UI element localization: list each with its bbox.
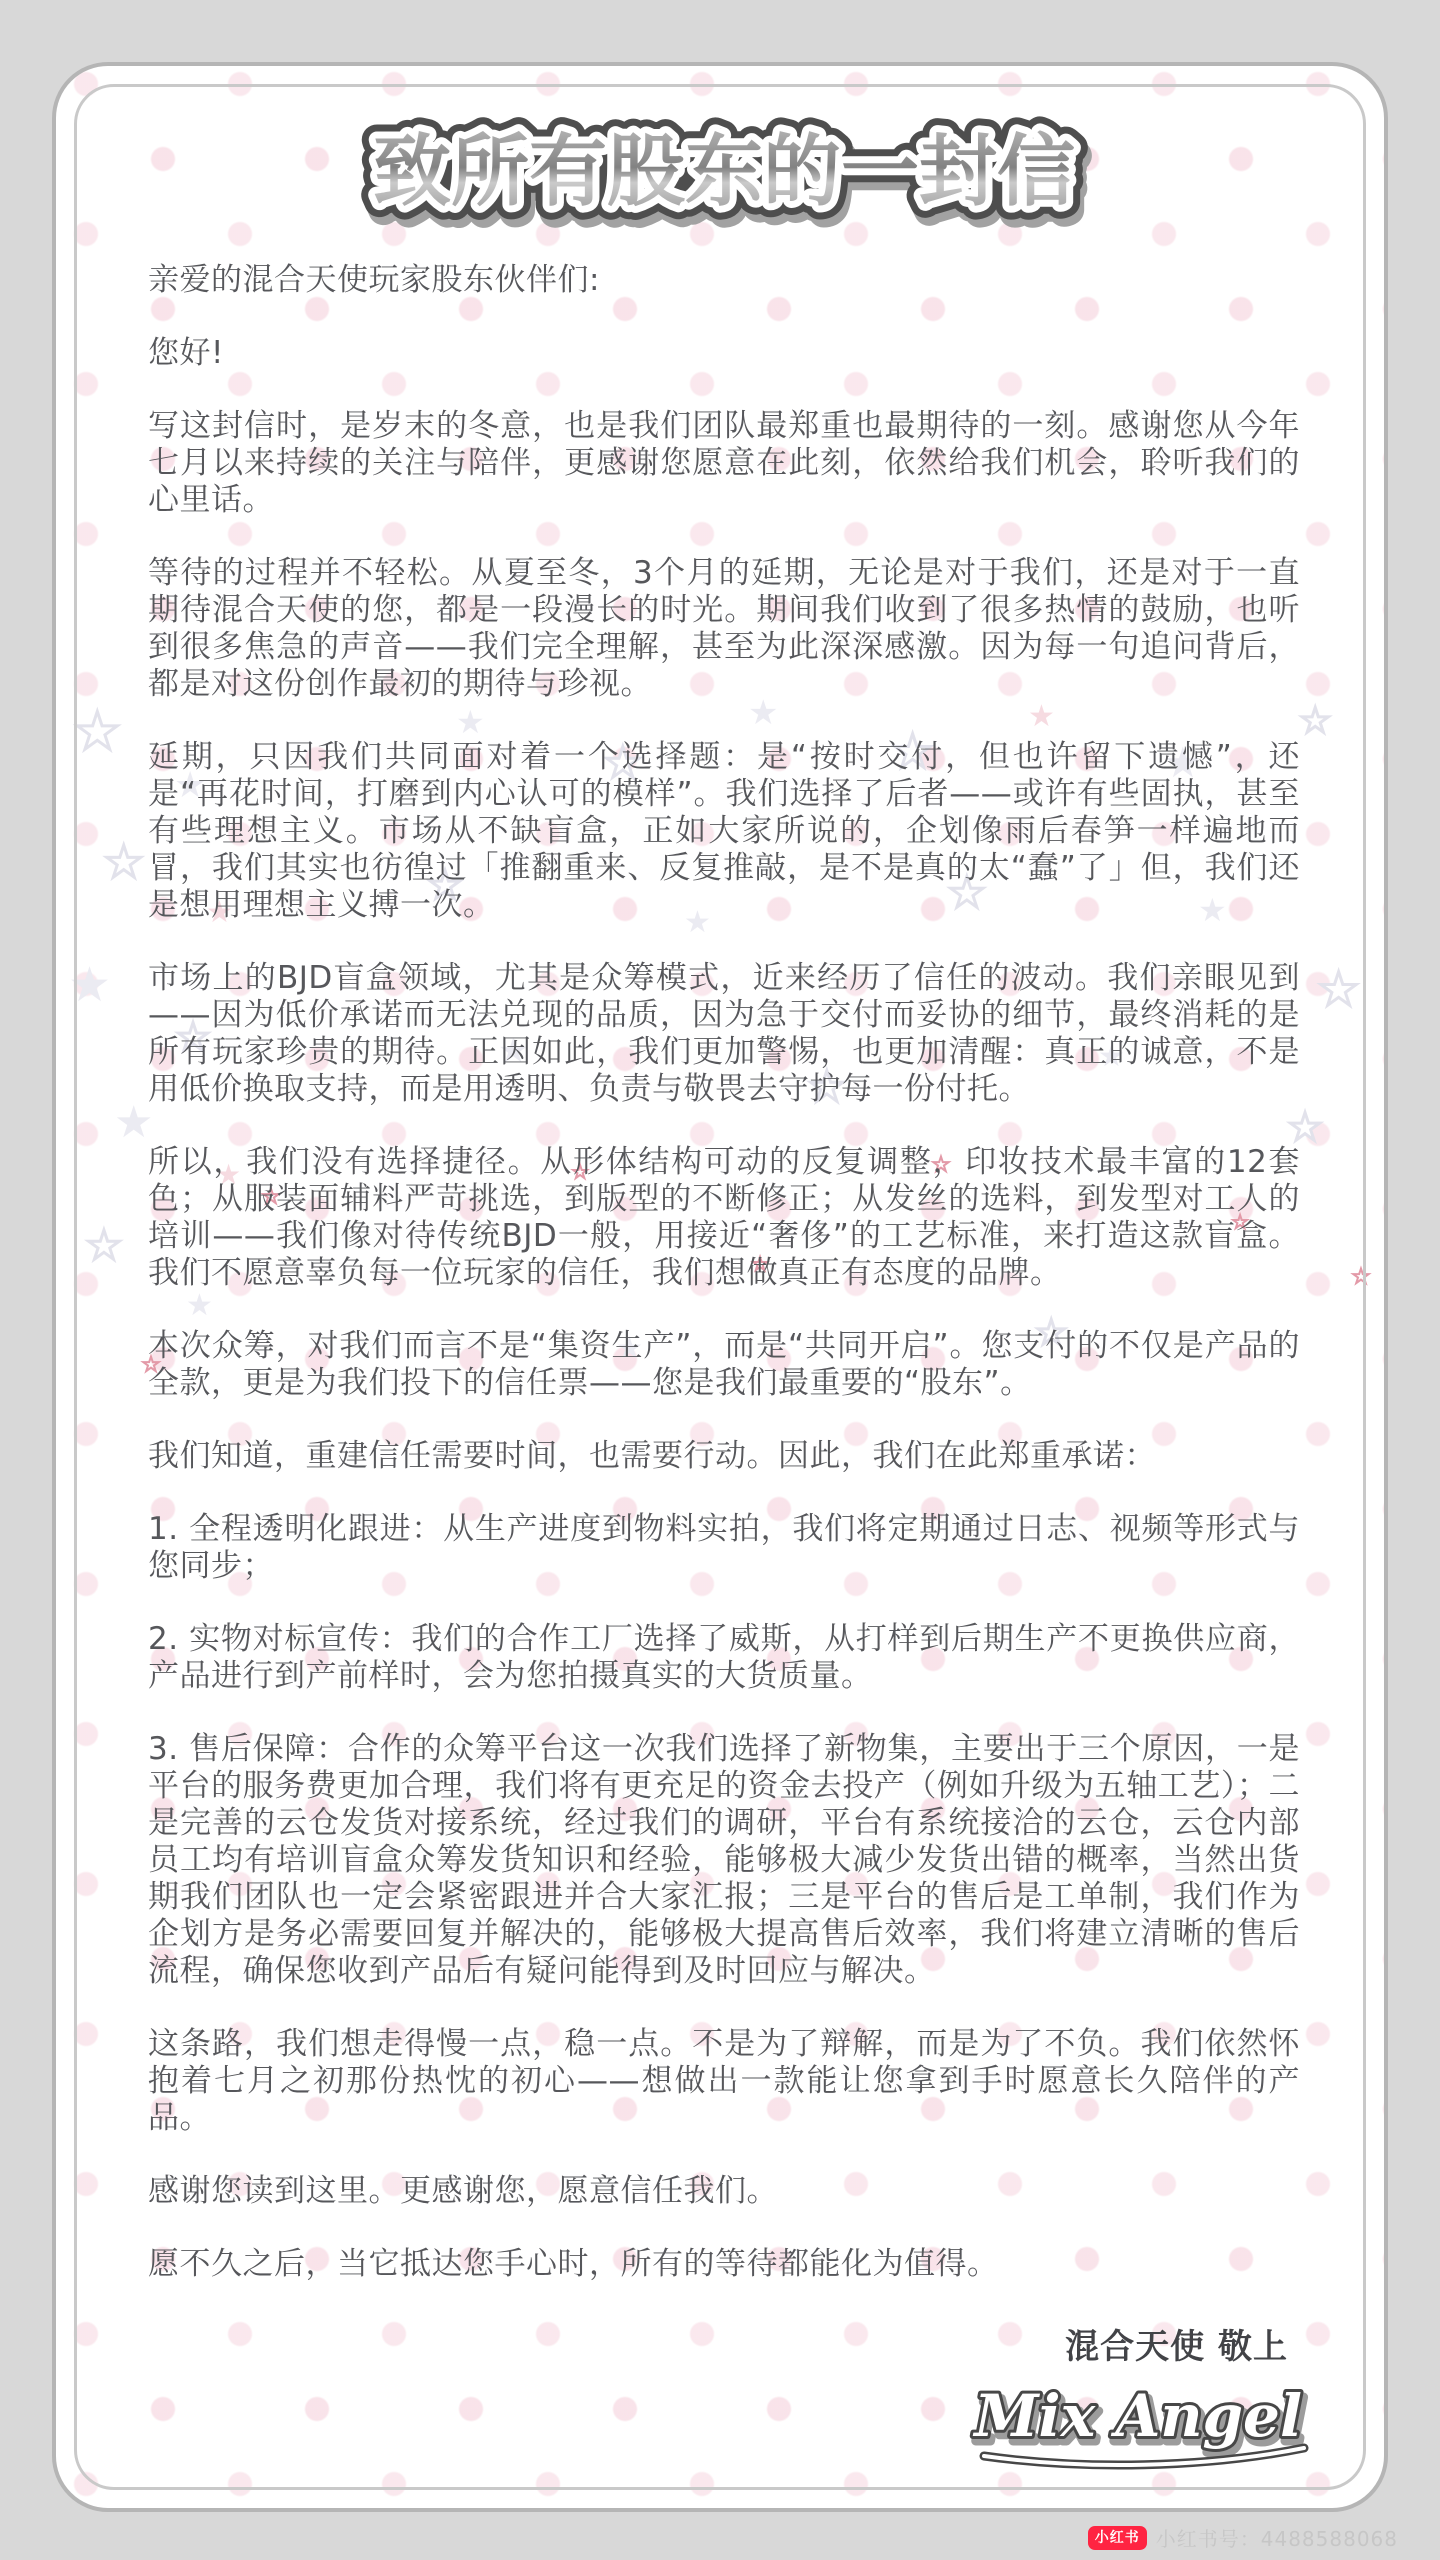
letter-paragraphs: 写这封信时，是岁末的冬意，也是我们团队最郑重也最期待的一刻。感谢您从今年七月以来… (148, 408, 1300, 2283)
letter-paragraph: 愿不久之后，当它抵达您手心时，所有的等待都能化为值得。 (148, 2246, 1300, 2283)
letter-paragraph: 等待的过程并不轻松。从夏至冬，3个月的延期，无论是对于我们，还是对于一直期待混合… (148, 555, 1300, 703)
letter-paragraph: 2. 实物对标宣传：我们的合作工厂选择了威斯，从打样到后期生产不更换供应商，产品… (148, 1621, 1300, 1695)
brand-script-art: Mix Angel Mix Angel (954, 2370, 1314, 2474)
letter-paragraph: 我们知道，重建信任需要时间，也需要行动。因此，我们在此郑重承诺： (148, 1438, 1300, 1475)
letter-paragraph: 写这封信时，是岁末的冬意，也是我们团队最郑重也最期待的一刻。感谢您从今年七月以来… (148, 408, 1300, 519)
letter-paragraph: 本次众筹，对我们而言不是“集资生产”，而是“共同开启”。您支付的不仅是产品的全款… (148, 1328, 1300, 1402)
letter-paragraph: 3. 售后保障：合作的众筹平台这一次我们选择了新物集，主要出于三个原因，一是平台… (148, 1731, 1300, 1990)
brand-logo-block: Mix Angel Mix Angel (56, 2370, 1384, 2478)
letter-paragraph: 1. 全程透明化跟进：从生产进度到物料实拍，我们将定期通过日志、视频等形式与您同… (148, 1511, 1300, 1585)
page-background: { "letter": { "title": "致所有股东的一封信", "sal… (0, 0, 1440, 2560)
letter-paragraph: 市场上的BJD盲盒领域，尤其是众筹模式，近来经历了信任的波动。我们亲眼见到——因… (148, 960, 1300, 1108)
xiaohongshu-watermark: 小红书 小红书号：4488588068 (1088, 2523, 1398, 2552)
letter-card: 致所有股东的一封信 致所有股东的一封信 致所有股东的一封信 致所有股东的一封信 … (52, 62, 1388, 2512)
title-art: 致所有股东的一封信 致所有股东的一封信 致所有股东的一封信 致所有股东的一封信 (56, 88, 1388, 256)
letter-paragraph: 这条路，我们想走得慢一点，稳一点。不是为了辩解，而是为了不负。我们依然怀抱着七月… (148, 2026, 1300, 2137)
letter-paragraph: 感谢您读到这里。更感谢您，愿意信任我们。 (148, 2173, 1300, 2210)
xiaohongshu-account-id: 小红书号：4488588068 (1156, 2523, 1398, 2552)
brand-script: Mix Angel (972, 2382, 1302, 2450)
letter-salutation: 亲爱的混合天使玩家股东伙伴们: (148, 262, 1300, 299)
letter-greeting: 您好! (148, 335, 1300, 372)
page-title: 致所有股东的一封信 (373, 127, 1075, 217)
xiaohongshu-logo-icon: 小红书 (1088, 2526, 1147, 2550)
signature-line: 混合天使 敬上 (56, 2319, 1384, 2368)
letter-paragraph: 所以，我们没有选择捷径。从形体结构可动的反复调整，印妆技术最丰富的12套色；从服… (148, 1144, 1300, 1292)
letter-body: 亲爱的混合天使玩家股东伙伴们: 您好! 写这封信时，是岁末的冬意，也是我们团队最… (56, 256, 1384, 2283)
page-title-block: 致所有股东的一封信 致所有股东的一封信 致所有股东的一封信 致所有股东的一封信 (56, 88, 1384, 256)
letter-paragraph: 延期，只因我们共同面对着一个选择题：是“按时交付，但也许留下遗憾”，还是“再花时… (148, 739, 1300, 924)
